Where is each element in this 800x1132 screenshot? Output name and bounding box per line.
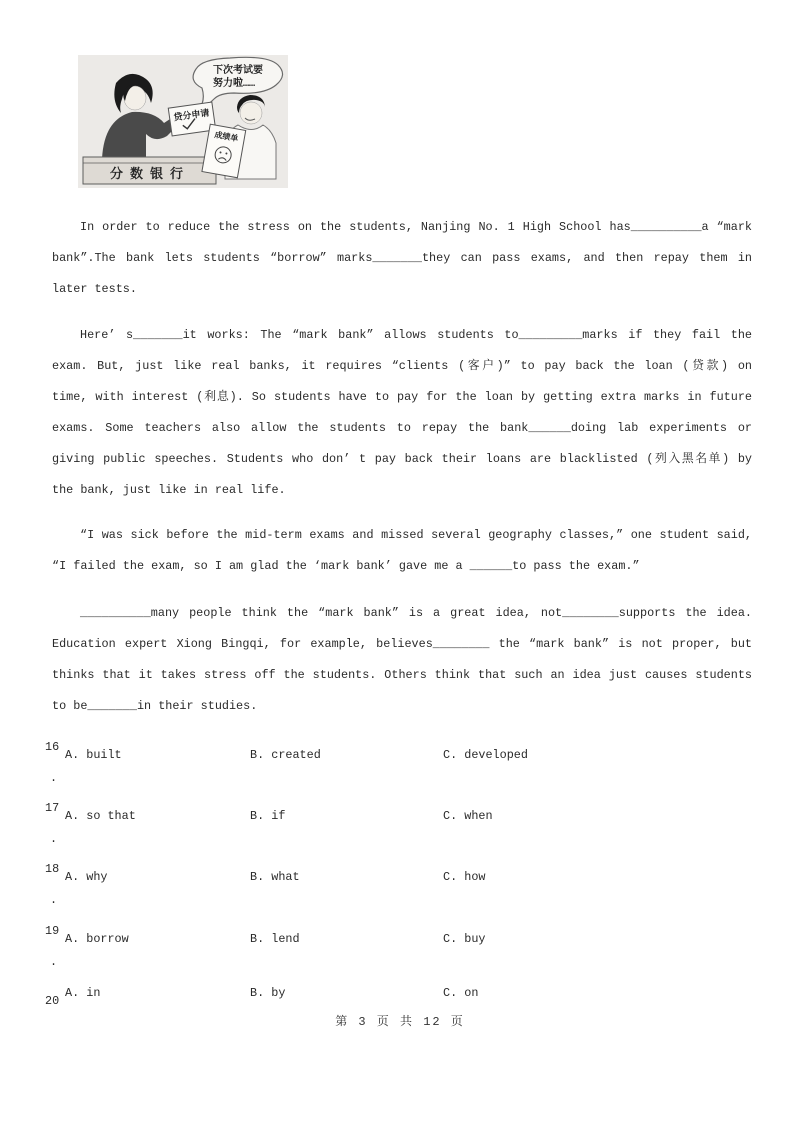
question-19: 19 A. borrow B. lend C. buy . [52,924,752,972]
option-b: B. if [250,809,285,823]
paragraph-2: Here’ s_______it works: The “mark bank” … [52,320,752,506]
option-b: B. created [250,748,321,762]
option-c: C. on [443,986,478,1000]
stray-period: . [50,955,57,969]
paragraph-1: In order to reduce the stress on the stu… [52,212,752,305]
option-a: A. built [65,748,122,762]
options-row: A. why B. what C. how [52,870,752,888]
text-line: bank”.The bank lets students “borrow” ma… [52,243,752,274]
text-line: exam. But, just like real banks, it requ… [52,351,752,382]
page-indicator: 第 3 页 共 12 页 [335,1015,465,1029]
text-line: the bank, just like in real life. [52,475,752,506]
stray-period: . [50,893,57,907]
option-a: A. borrow [65,932,129,946]
text-line: to be_______in their studies. [52,691,752,722]
option-c: C. developed [443,748,528,762]
question-16: 16 A. built B. created C. developed . [52,740,752,788]
option-b: B. by [250,986,285,1000]
stray-period: . [50,771,57,785]
options-row: A. so that B. if C. when [52,809,752,827]
text-line: “I failed the exam, so I am glad the ‘ma… [52,551,752,582]
report-card-paper: 成绩单 [202,124,246,178]
question-17: 17 A. so that B. if C. when . [52,801,752,849]
options-row: A. borrow B. lend C. buy [52,932,752,950]
option-b: B. lend [250,932,300,946]
text-line: later tests. [52,274,752,305]
text-line: In order to reduce the stress on the stu… [52,212,752,243]
option-c: C. buy [443,932,485,946]
paragraph-3: “I was sick before the mid-term exams an… [52,520,752,582]
text-line: giving public speeches. Students who don… [52,444,752,475]
options-row: A. built B. created C. developed [52,748,752,766]
text-line: thinks that it takes stress off the stud… [52,660,752,691]
option-c: C. when [443,809,493,823]
option-a: A. in [65,986,100,1000]
option-a: A. why [65,870,107,884]
option-c: C. how [443,870,485,884]
text-line: Education expert Xiong Bingqi, for examp… [52,629,752,660]
exam-page: { "colors": { "ink": "#2a2a2a", "cartoon… [0,0,800,1132]
text-line: __________many people think the “mark ba… [52,598,752,629]
paragraph-4: __________many people think the “mark ba… [52,598,752,722]
text-line: time, with interest (利息). So students ha… [52,382,752,413]
text-line: Here’ s_______it works: The “mark bank” … [52,320,752,351]
speech-bubble-text-line2: 努力啦…… [213,76,255,90]
options-row: A. in B. by C. on [52,986,752,1004]
text-line: exams. Some teachers also allow the stud… [52,413,752,444]
page-footer: 第 3 页 共 12 页 [0,1012,800,1029]
bank-counter: 分数银行 [83,157,216,184]
question-18: 18 A. why B. what C. how . [52,862,752,910]
option-b: B. what [250,870,300,884]
text-line: “I was sick before the mid-term exams an… [52,520,752,551]
counter-sign-label: 分数银行 [110,166,190,182]
stray-period: . [50,832,57,846]
mark-bank-cartoon: 下次考试要 努力啦…… 贷分申请 分数银行 [78,55,288,188]
option-a: A. so that [65,809,136,823]
speech-bubble-text-line1: 下次考试要 [213,63,263,77]
cartoon-drawing: 下次考试要 努力啦…… 贷分申请 分数银行 [78,55,288,188]
